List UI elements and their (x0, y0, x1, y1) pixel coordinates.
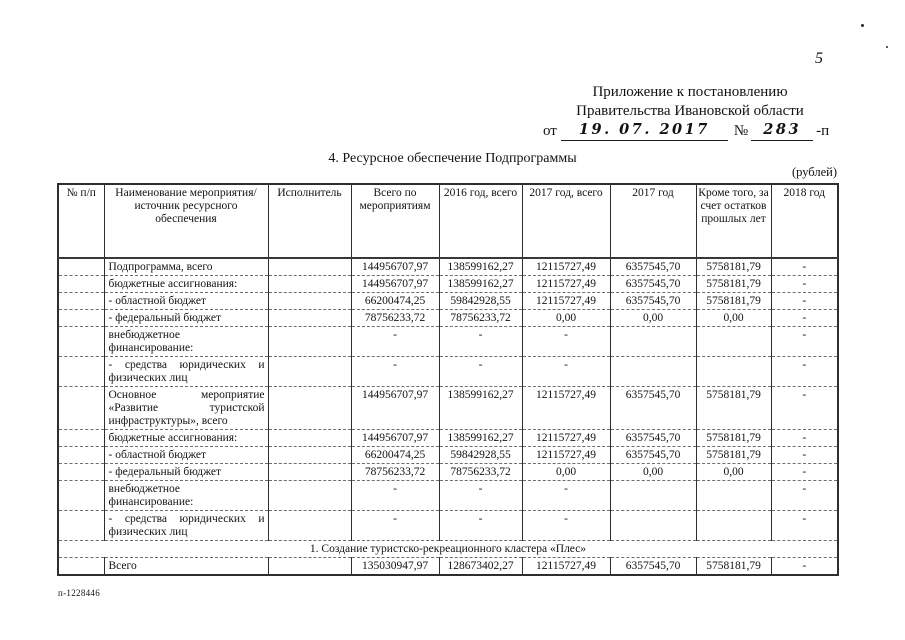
value-cell: 6357545,70 (610, 558, 696, 576)
activity-name-cell: Основное мероприятие «Развитие туристско… (104, 387, 268, 430)
value-cell (268, 447, 351, 464)
value-cell: - (771, 310, 838, 327)
column-header-7: 2017 год (610, 184, 696, 258)
value-cell (58, 511, 104, 541)
appendix-line-1: Приложение к постановлению (543, 83, 837, 102)
activity-name-cell: внебюджетное финансирование: (104, 481, 268, 511)
scanned-document-page: 5 Приложение к постановлению Правительст… (0, 0, 905, 640)
value-cell: - (771, 327, 838, 357)
value-cell (268, 310, 351, 327)
value-cell: 66200474,25 (351, 293, 439, 310)
value-cell: - (771, 430, 838, 447)
value-cell (610, 481, 696, 511)
value-cell: 6357545,70 (610, 258, 696, 276)
value-cell: - (771, 511, 838, 541)
value-cell (268, 357, 351, 387)
value-cell: - (771, 464, 838, 481)
value-cell (58, 327, 104, 357)
value-cell (58, 481, 104, 511)
value-cell: 5758181,79 (696, 447, 771, 464)
scan-speck (861, 24, 864, 27)
resource-provision-table: № п/пНаименование мероприятия/источник р… (57, 183, 839, 576)
value-cell (696, 357, 771, 387)
value-cell (696, 511, 771, 541)
value-cell (58, 558, 104, 576)
value-cell: 138599162,27 (439, 430, 522, 447)
value-cell: - (771, 357, 838, 387)
value-cell: 138599162,27 (439, 387, 522, 430)
value-cell: - (771, 387, 838, 430)
value-cell (268, 558, 351, 576)
value-cell (268, 481, 351, 511)
value-cell: 5758181,79 (696, 276, 771, 293)
value-cell: - (439, 511, 522, 541)
value-cell (58, 310, 104, 327)
value-cell: - (522, 357, 610, 387)
value-cell (58, 447, 104, 464)
value-cell: 5758181,79 (696, 430, 771, 447)
value-cell: 0,00 (522, 310, 610, 327)
table-row: Подпрограмма, всего144956707,97138599162… (58, 258, 838, 276)
document-stamp-code: п-1228446 (58, 588, 100, 598)
value-cell: - (771, 447, 838, 464)
activity-name-cell: - средства юридических и физических лиц (104, 357, 268, 387)
section-header-label: 1. Создание туристско-рекреационного кла… (58, 541, 838, 558)
value-cell: 12115727,49 (522, 276, 610, 293)
value-cell (610, 327, 696, 357)
value-cell: 128673402,27 (439, 558, 522, 576)
value-cell: 12115727,49 (522, 258, 610, 276)
column-header-2: Наименование мероприятия/источник ресурс… (104, 184, 268, 258)
table-row: внебюджетное финансирование:---- (58, 481, 838, 511)
activity-name-cell: бюджетные ассигнования: (104, 430, 268, 447)
value-cell: - (771, 276, 838, 293)
value-cell: 12115727,49 (522, 447, 610, 464)
value-cell: - (522, 511, 610, 541)
value-cell: 5758181,79 (696, 258, 771, 276)
value-cell (268, 293, 351, 310)
activity-name-cell: - федеральный бюджет (104, 464, 268, 481)
value-cell: 5758181,79 (696, 293, 771, 310)
value-cell: 59842928,55 (439, 293, 522, 310)
value-cell: 0,00 (610, 310, 696, 327)
value-cell (610, 357, 696, 387)
value-cell: - (771, 258, 838, 276)
value-cell: 6357545,70 (610, 387, 696, 430)
currency-note: (рублей) (57, 165, 837, 180)
decree-suffix: -п (816, 122, 829, 141)
value-cell: 12115727,49 (522, 558, 610, 576)
value-cell (610, 511, 696, 541)
table-row: - областной бюджет66200474,2559842928,55… (58, 447, 838, 464)
handwritten-number: 283 (751, 121, 813, 141)
value-cell (58, 276, 104, 293)
column-header-4: Всего по мероприятиям (351, 184, 439, 258)
value-cell: - (351, 327, 439, 357)
table-row: - средства юридических и физических лиц-… (58, 511, 838, 541)
column-header-9: 2018 год (771, 184, 838, 258)
value-cell (58, 357, 104, 387)
from-label: от (543, 122, 561, 141)
value-cell (268, 258, 351, 276)
appendix-block: Приложение к постановлению Правительства… (543, 83, 837, 141)
activity-name-cell: - федеральный бюджет (104, 310, 268, 327)
value-cell: 135030947,97 (351, 558, 439, 576)
activity-name-cell: - средства юридических и физических лиц (104, 511, 268, 541)
value-cell: 12115727,49 (522, 293, 610, 310)
value-cell: 6357545,70 (610, 430, 696, 447)
handwritten-date: 19. 07. 2017 (561, 121, 728, 141)
value-cell: - (771, 481, 838, 511)
table-row: бюджетные ассигнования:144956707,9713859… (58, 430, 838, 447)
page-number: 5 (815, 50, 823, 68)
value-cell: - (522, 481, 610, 511)
activity-name-cell: бюджетные ассигнования: (104, 276, 268, 293)
value-cell: - (771, 293, 838, 310)
value-cell: - (351, 357, 439, 387)
value-cell: 144956707,97 (351, 387, 439, 430)
value-cell (268, 327, 351, 357)
table-row: бюджетные ассигнования:144956707,9713859… (58, 276, 838, 293)
value-cell: 138599162,27 (439, 258, 522, 276)
value-cell: 78756233,72 (439, 310, 522, 327)
table-row: Всего135030947,97128673402,2712115727,49… (58, 558, 838, 576)
value-cell: - (439, 481, 522, 511)
decree-date-line: от 19. 07. 2017 № 283 -п (543, 121, 837, 141)
value-cell: 0,00 (522, 464, 610, 481)
value-cell: 144956707,97 (351, 258, 439, 276)
activity-name-cell: Всего (104, 558, 268, 576)
value-cell (58, 258, 104, 276)
value-cell: 144956707,97 (351, 430, 439, 447)
value-cell: 138599162,27 (439, 276, 522, 293)
value-cell (58, 464, 104, 481)
value-cell: 78756233,72 (439, 464, 522, 481)
value-cell: 78756233,72 (351, 310, 439, 327)
value-cell (268, 464, 351, 481)
value-cell (268, 511, 351, 541)
value-cell: 0,00 (696, 310, 771, 327)
value-cell: 5758181,79 (696, 558, 771, 576)
value-cell: 144956707,97 (351, 276, 439, 293)
value-cell: 0,00 (696, 464, 771, 481)
table-row: Основное мероприятие «Развитие туристско… (58, 387, 838, 430)
value-cell: - (351, 481, 439, 511)
value-cell: 59842928,55 (439, 447, 522, 464)
value-cell: 5758181,79 (696, 387, 771, 430)
scan-speck (886, 46, 888, 48)
column-header-5: 2016 год, всего (439, 184, 522, 258)
activity-name-cell: - областной бюджет (104, 447, 268, 464)
table-row: внебюджетное финансирование:---- (58, 327, 838, 357)
table-header-row: № п/пНаименование мероприятия/источник р… (58, 184, 838, 258)
value-cell: 0,00 (610, 464, 696, 481)
value-cell (696, 481, 771, 511)
column-header-8: Кроме того, за счет остатков прошлых лет (696, 184, 771, 258)
activity-name-cell: - областной бюджет (104, 293, 268, 310)
table-row: - федеральный бюджет78756233,7278756233,… (58, 464, 838, 481)
column-header-3: Исполнитель (268, 184, 351, 258)
value-cell: 12115727,49 (522, 430, 610, 447)
number-sign: № (734, 122, 748, 141)
value-cell (58, 387, 104, 430)
value-cell (268, 387, 351, 430)
value-cell: 6357545,70 (610, 276, 696, 293)
column-header-6: 2017 год, всего (522, 184, 610, 258)
value-cell: - (522, 327, 610, 357)
value-cell (268, 276, 351, 293)
table-row: - областной бюджет66200474,2559842928,55… (58, 293, 838, 310)
appendix-line-2: Правительства Ивановской области (543, 102, 837, 121)
value-cell: 78756233,72 (351, 464, 439, 481)
table-row: - средства юридических и физических лиц-… (58, 357, 838, 387)
value-cell: - (439, 357, 522, 387)
activity-name-cell: внебюджетное финансирование: (104, 327, 268, 357)
value-cell: - (351, 511, 439, 541)
section-header-row: 1. Создание туристско-рекреационного кла… (58, 541, 838, 558)
value-cell: 6357545,70 (610, 293, 696, 310)
value-cell: 66200474,25 (351, 447, 439, 464)
column-header-1: № п/п (58, 184, 104, 258)
table-row: - федеральный бюджет78756233,7278756233,… (58, 310, 838, 327)
value-cell (58, 293, 104, 310)
activity-name-cell: Подпрограмма, всего (104, 258, 268, 276)
value-cell (58, 430, 104, 447)
value-cell: 6357545,70 (610, 447, 696, 464)
value-cell (696, 327, 771, 357)
value-cell: - (439, 327, 522, 357)
value-cell: 12115727,49 (522, 387, 610, 430)
value-cell: - (771, 558, 838, 576)
value-cell (268, 430, 351, 447)
